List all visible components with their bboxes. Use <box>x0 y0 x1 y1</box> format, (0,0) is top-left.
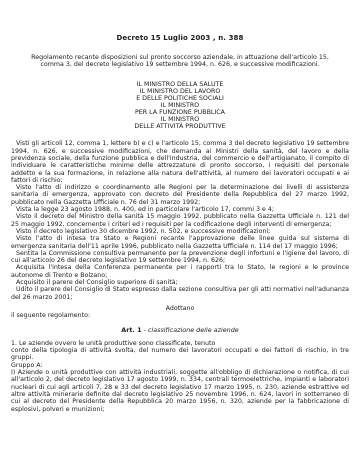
adoption-intro: il seguente regolamento: <box>11 312 349 319</box>
issuer-line: IL MINISTRO DEL LAVORO <box>0 88 360 95</box>
preamble-paragraph: Acquisita l'intesa della Conferenza perm… <box>11 264 349 279</box>
article-heading: Art. 1 - classificazione delle aziende <box>0 327 360 334</box>
issuers-block: IL MINISTRO DELLA SALUTE IL MINISTRO DEL… <box>0 81 360 130</box>
preamble-paragraph: Visti gli articoli 12, comma 1, lettere … <box>11 140 349 184</box>
issuer-line: E DELLE POLITICHE SOCIALI <box>0 95 360 102</box>
article-line: I) Aziende o unità produttive con attivi… <box>11 369 349 413</box>
article-title: classificazione delle aziende <box>148 326 239 334</box>
preamble-paragraph: Acquisito il parere del Consiglio superi… <box>11 279 349 286</box>
preamble-paragraph: Visto l'atto di indirizzo e coordinament… <box>11 184 349 206</box>
article-line: Gruppo A: <box>11 362 349 369</box>
article-number: Art. 1 <box>121 326 141 334</box>
preamble: Visti gli articoli 12, comma 1, lettere … <box>11 140 349 301</box>
article-body: 1. Le aziende ovvero le unità produttive… <box>11 340 349 413</box>
preamble-paragraph: Visto il decreto del Ministro della sani… <box>11 213 349 228</box>
document-subtitle: Regolamento recante disposizioni sul pro… <box>26 54 334 68</box>
issuer-line: IL MINISTRO <box>0 102 360 109</box>
document-page: Decreto 15 Luglio 2003 , n. 388 Regolame… <box>0 0 360 466</box>
issuer-line: DELLE ATTIVITÀ PRODUTTIVE <box>0 123 360 130</box>
document-title: Decreto 15 Luglio 2003 , n. 388 <box>0 34 360 42</box>
preamble-paragraph: Visto il decreto legislativo 30 dicembre… <box>11 228 349 235</box>
adoption-word: Adottano <box>0 305 360 312</box>
issuer-line: IL MINISTRO DELLA SALUTE <box>0 81 360 88</box>
preamble-paragraph: Sentita la Commissione consultiva perman… <box>11 250 349 265</box>
preamble-paragraph: Visto l'atto di intesa tra Stato e Regio… <box>11 235 349 250</box>
issuer-line: PER LA FUNZIONE PUBBLICA <box>0 109 360 116</box>
preamble-paragraph: Udito il parere del Consiglio di Stato e… <box>11 286 349 301</box>
article-line: conto della tipologia di attività svolta… <box>11 347 349 362</box>
